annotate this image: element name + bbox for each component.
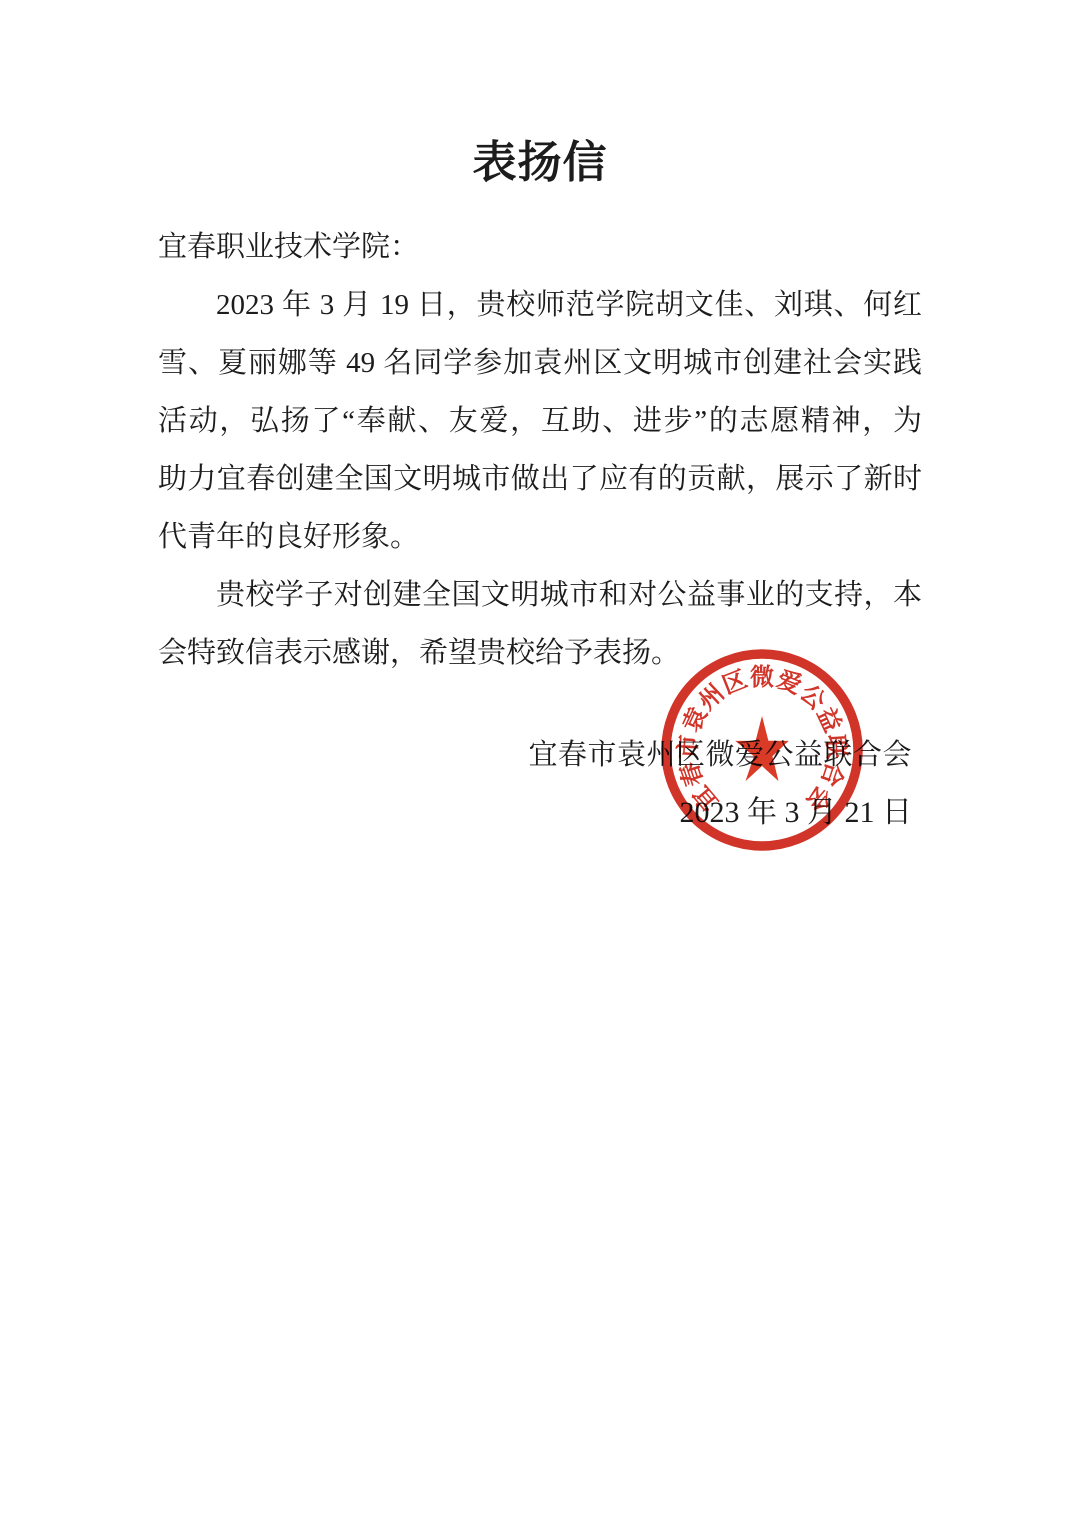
body-line: 2023 年 3 月 19 日，贵校师范学院胡文佳、刘琪、何红 (158, 276, 922, 334)
body-line: 代青年的良好形象。 (158, 508, 922, 566)
body-line: 助力宜春创建全国文明城市做出了应有的贡献，展示了新时 (158, 450, 922, 508)
letter-title: 表扬信 (0, 126, 1080, 190)
body-line: 贵校学子对创建全国文明城市和对公益事业的支持，本 (158, 566, 922, 624)
commendation-letter-page: 表扬信 宜春职业技术学院： 2023 年 3 月 19 日，贵校师范学院胡文佳、… (0, 0, 1080, 1527)
seal-character: 市 (674, 734, 702, 760)
seal-character: 联 (821, 734, 849, 760)
body-line: 活动，弘扬了“奉献、友爱，互助、进步”的志愿精神，为 (158, 392, 922, 450)
official-seal: 宜春市袁州区微爱公益联合会 (652, 640, 872, 860)
letter-body: 宜春职业技术学院： 2023 年 3 月 19 日，贵校师范学院胡文佳、刘琪、何… (158, 218, 922, 682)
seal-character: 微 (750, 664, 774, 691)
recipient-line: 宜春职业技术学院： (158, 218, 922, 276)
body-line: 雪、夏丽娜等 49 名同学参加袁州区文明城市创建社会实践 (158, 334, 922, 392)
star-icon (735, 716, 788, 781)
